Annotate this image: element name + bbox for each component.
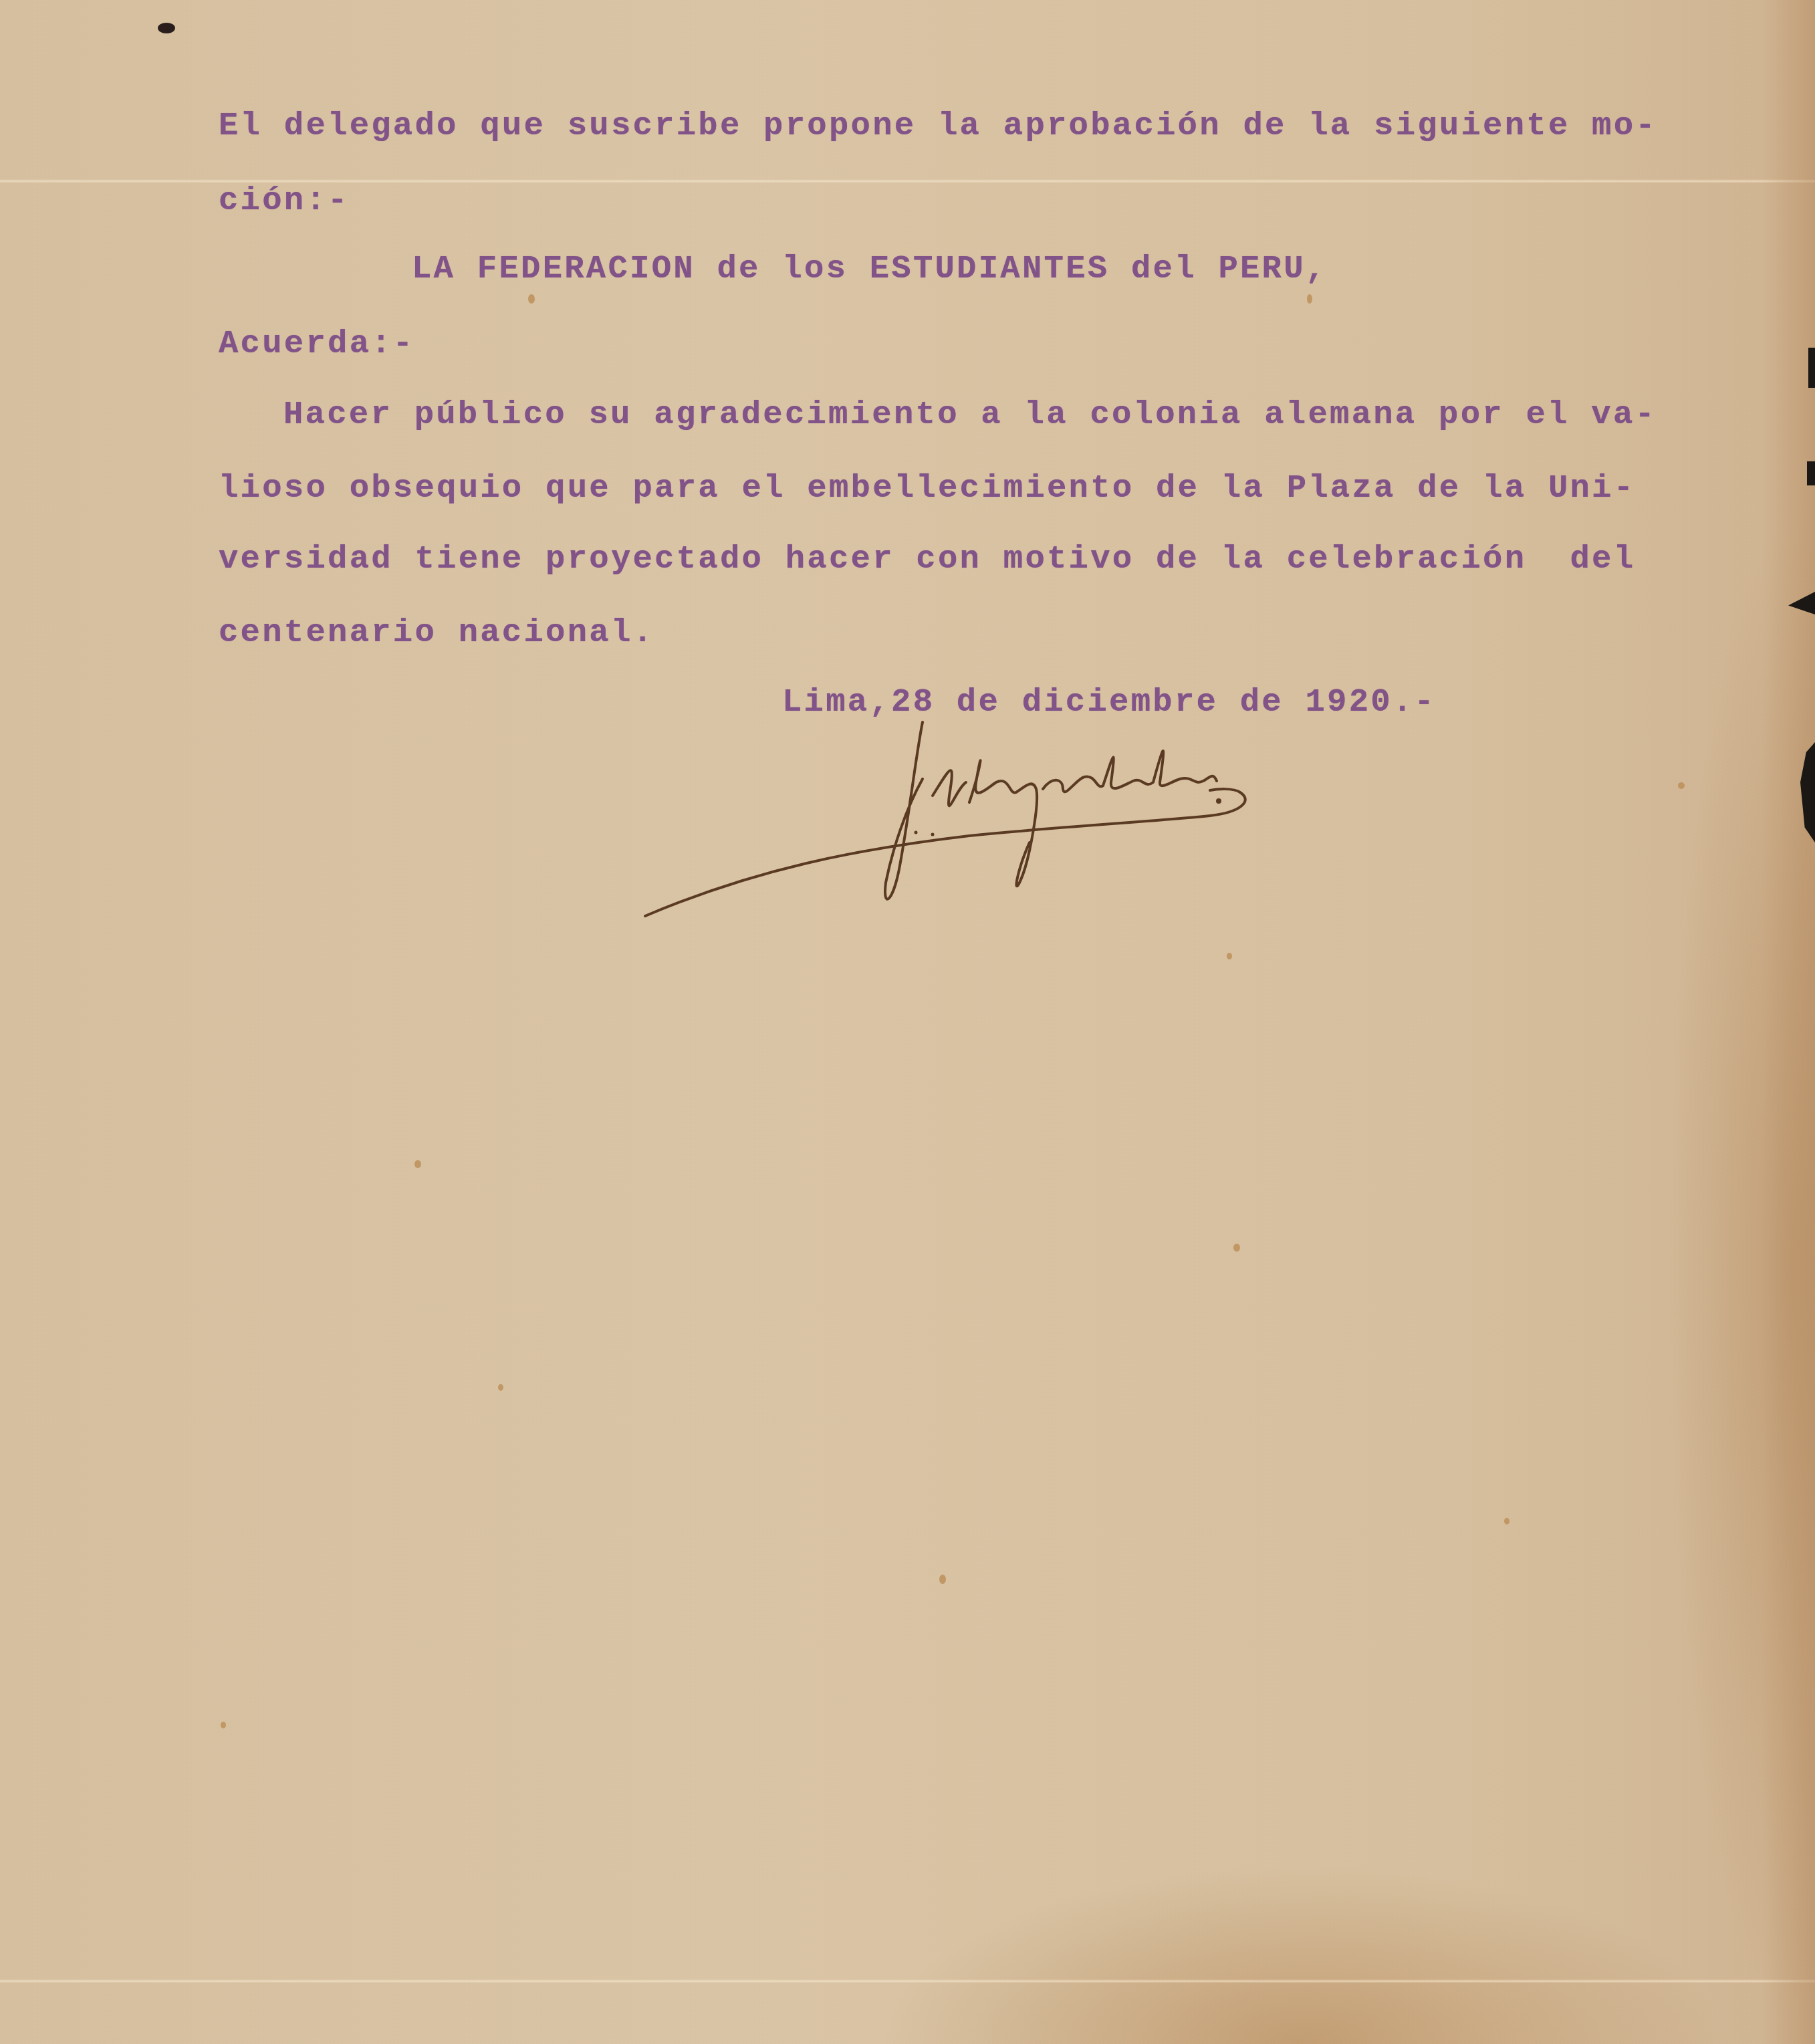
place-date: Lima,28 de diciembre de 1920.-	[782, 686, 1436, 719]
foxing-spot	[414, 1160, 421, 1168]
resolution-line-4: centenario nacional.	[219, 616, 654, 649]
foxing-spot	[1233, 1244, 1240, 1252]
acuerda-label: Acuerda:-	[219, 328, 414, 360]
handwritten-signature	[635, 715, 1270, 936]
foxing-spot	[1504, 1518, 1509, 1524]
federation-heading: LA FEDERACION de los ESTUDIANTES del PER…	[412, 253, 1327, 286]
ink-blot	[158, 23, 175, 33]
foxing-spot	[1678, 782, 1685, 789]
edge-stain	[1762, 0, 1815, 2044]
foxing-spot	[939, 1575, 946, 1584]
resolution-line-2: lioso obsequio que para el embellecimien…	[219, 472, 1635, 505]
document-page: El delegado que suscribe propone la apro…	[0, 0, 1815, 2044]
motion-intro-line-2: ción:-	[219, 185, 350, 217]
resolution-line-1: Hacer público su agradecimiento a la col…	[283, 399, 1657, 431]
resolution-line-3: versidad tiene proyectado hacer con moti…	[219, 543, 1635, 576]
paper-fold-line	[0, 1979, 1815, 1983]
foxing-spot	[498, 1384, 503, 1391]
foxing-spot	[528, 294, 535, 304]
edge-tear	[1807, 461, 1815, 485]
edge-tear	[1808, 348, 1815, 388]
motion-intro-line-1: El delegado que suscribe propone la apro…	[219, 110, 1657, 142]
foxing-spot	[221, 1722, 226, 1728]
foxing-spot	[1307, 294, 1312, 304]
foxing-spot	[1227, 953, 1232, 959]
